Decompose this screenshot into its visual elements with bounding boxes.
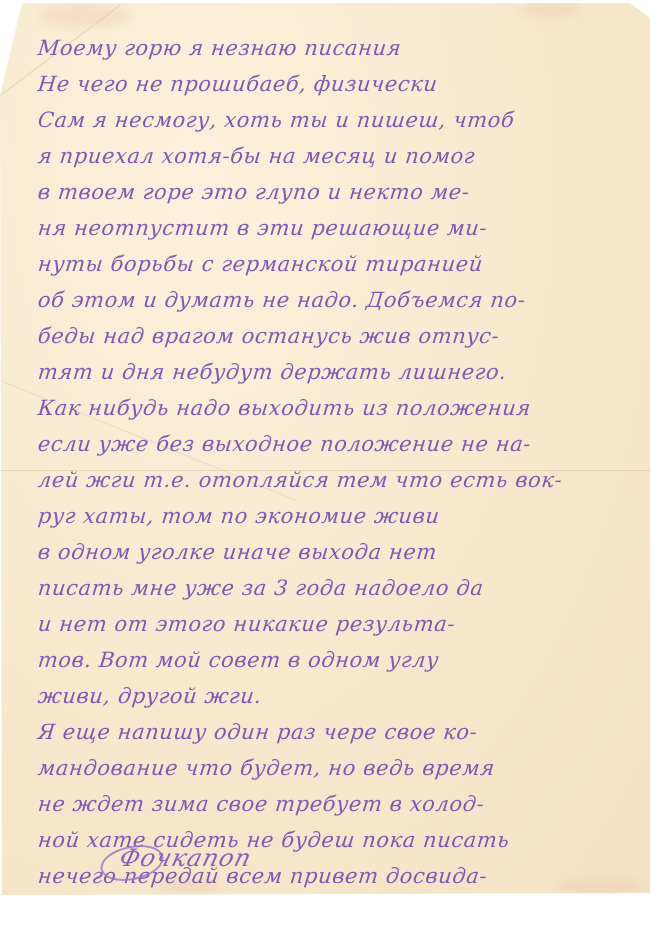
letter-line: в твоем горе это глупо и некто ме- — [36, 174, 640, 210]
letter-line: тов. Вот мой совет в одном углу — [36, 642, 640, 678]
letter-line: и нет от этого никакие результа- — [36, 606, 640, 642]
letter-line: Моему горю я незнаю писания — [36, 30, 640, 66]
letter-line: писать мне уже за 3 года надоело да — [36, 570, 640, 606]
letter-line: в одном уголке иначе выхода нет — [36, 534, 640, 570]
signature: Фочкапоп — [117, 844, 255, 872]
letter-line: если уже без выходное положение не на- — [36, 426, 640, 462]
letter-line: живи, другой жги. — [36, 678, 640, 714]
letter-line: ня неотпустит в эти решающие ми- — [36, 210, 640, 246]
letter-line: Я еще напишу один раз чере свое ко- — [36, 714, 640, 750]
letter-line: тят и дня небудут держать лишнего. — [36, 354, 640, 390]
letter-line: руг хаты, том по экономие живи — [36, 498, 640, 534]
letter-line: мандование что будет, но ведь время — [36, 750, 640, 786]
letter-body: Моему горю я незнаю писания Не чего не п… — [38, 30, 638, 900]
letter-line: Не чего не прошибаеб, физически — [36, 66, 640, 102]
letter-line: нуты борьбы с германской тиранией — [36, 246, 640, 282]
paper-stain — [520, 2, 580, 18]
letter-line: я приехал хотя-бы на месяц и помог — [36, 138, 640, 174]
letter-line: не ждет зима свое требует в холод- — [36, 786, 640, 822]
letter-line: Как нибудь надо выходить из положения — [36, 390, 640, 426]
letter-line: об этом и думать не надо. Добъемся по- — [36, 282, 640, 318]
letter-line: ния целую крепко твой муж — [36, 894, 640, 900]
letter-line: лей жги т.е. отопляйся тем что есть вок- — [36, 462, 640, 498]
paper-stain — [40, 5, 130, 27]
letter-line: беды над врагом останусь жив отпус- — [36, 318, 640, 354]
letter-paper: Моему горю я незнаю писания Не чего не п… — [0, 0, 650, 896]
letter-line: Сам я несмогу, хоть ты и пишеш, чтоб — [36, 102, 640, 138]
